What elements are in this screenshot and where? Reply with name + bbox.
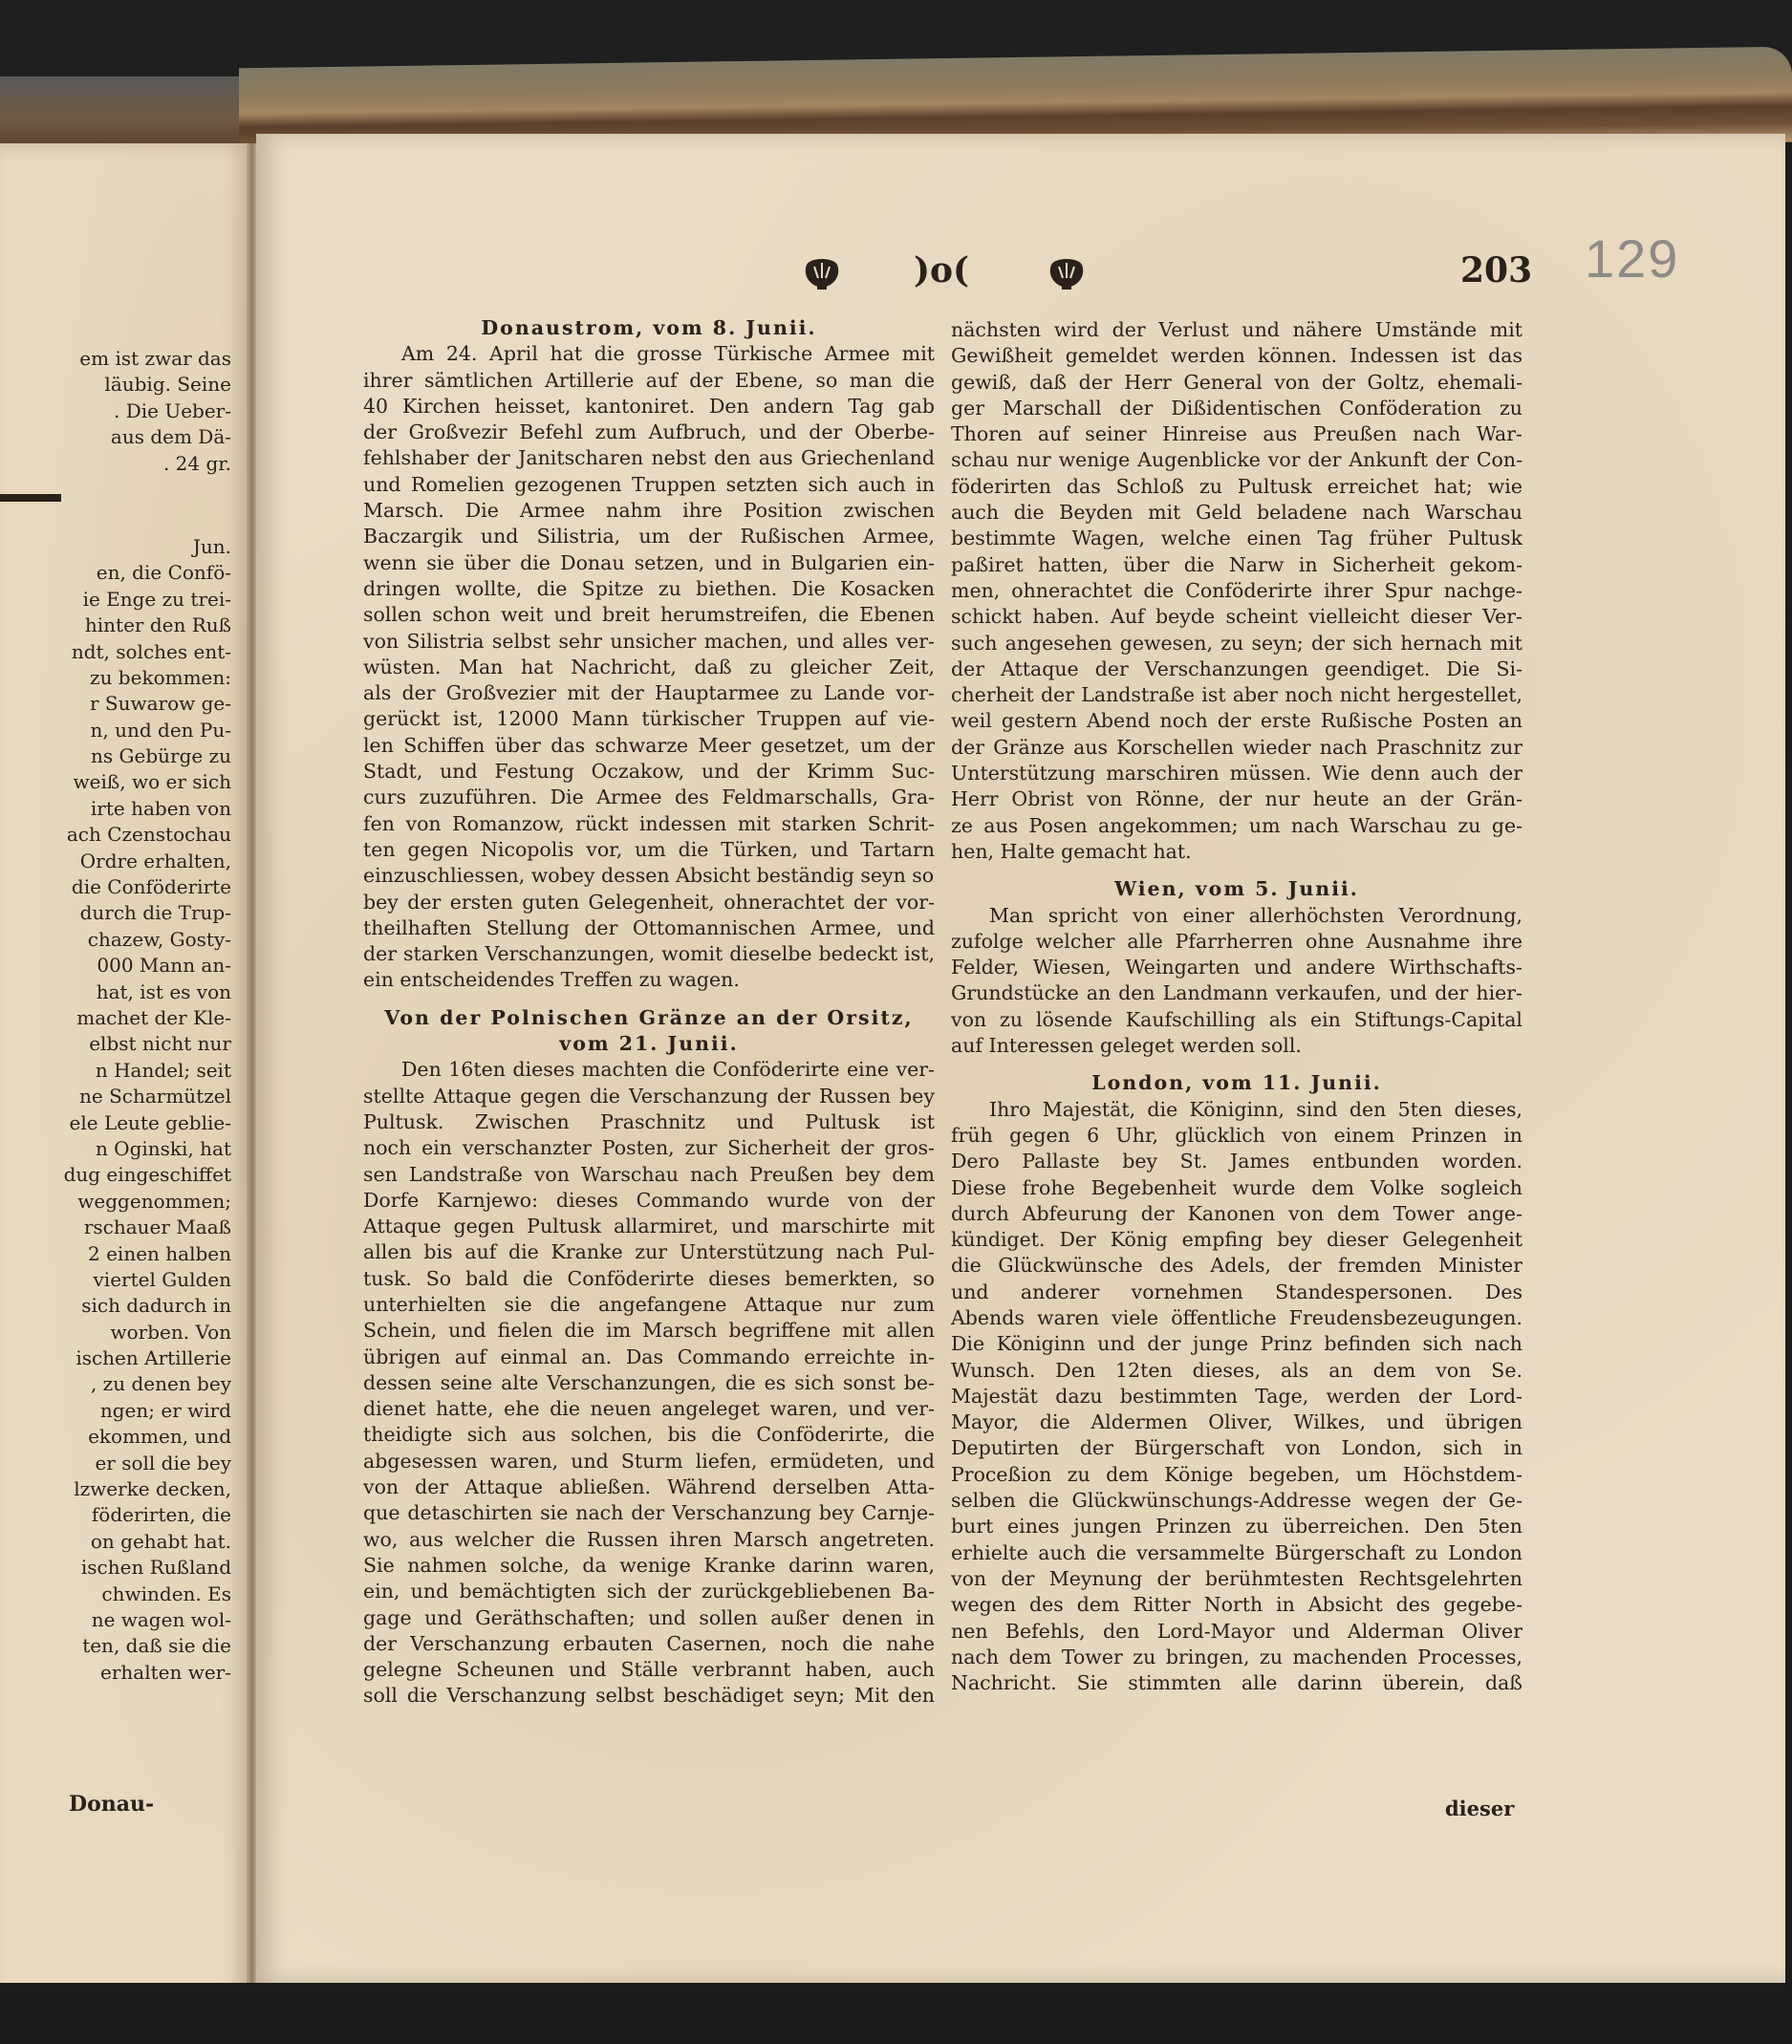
text-line: Gewißheit gemeldet werden können. Indess… bbox=[951, 343, 1522, 369]
text-line: von der Meynung der berühmtesten Rechtsg… bbox=[951, 1566, 1522, 1592]
text-line: früh gegen 6 Uhr, glücklich von einem Pr… bbox=[951, 1123, 1522, 1149]
text-line: ten, daß sie die bbox=[0, 1633, 231, 1659]
article-body-donaustrom: Am 24. April hat die grosse Türkische Ar… bbox=[363, 341, 935, 993]
text-line: auch die Beyden mit Geld beladene nach W… bbox=[951, 500, 1522, 526]
text-line: n Handel; seit bbox=[0, 1058, 231, 1084]
text-line: dug eingeschiffet bbox=[0, 1162, 231, 1188]
text-line: en, die Confö- bbox=[0, 560, 231, 586]
text-line: ihrer sämtlichen Artillerie auf der Eben… bbox=[363, 368, 935, 394]
text-line: burt eines jungen Prinzen zu überreichen… bbox=[951, 1514, 1522, 1539]
text-line: paßiret hatten, über die Narw in Sicherh… bbox=[951, 552, 1522, 578]
text-line: ns Gebürge zu bbox=[0, 743, 231, 769]
text-line: Thoren auf seiner Hinreise aus Preußen n… bbox=[951, 421, 1522, 447]
shell-ornament-icon bbox=[1046, 253, 1088, 291]
text-line: dienet hatte, ehe die neuen angeleget wa… bbox=[363, 1396, 935, 1422]
text-line: dringen wollte, die Spitze zu biethen. D… bbox=[363, 576, 935, 602]
text-line: und Romelien gezogenen Truppen setzten s… bbox=[363, 472, 935, 498]
article-heading-london: London, vom 11. Junii. bbox=[951, 1070, 1522, 1096]
text-line: Nachricht. Sie stimmten alle darinn über… bbox=[951, 1670, 1522, 1696]
text-line: 000 Mann an- bbox=[0, 953, 231, 979]
text-line: wo, aus welcher die Russen ihren Marsch … bbox=[363, 1527, 935, 1553]
archive-pencil-number: 129 bbox=[1585, 227, 1679, 290]
text-line: sich dadurch in bbox=[0, 1293, 231, 1319]
article-heading-date: vom 21. Junii. bbox=[363, 1031, 935, 1057]
text-line: Dorfe Karnjewo: dieses Commando wurde vo… bbox=[363, 1188, 935, 1214]
text-line: wenn sie über die Donau setzen, und in B… bbox=[363, 550, 935, 576]
text-line: ele Leute geblie- bbox=[0, 1110, 231, 1136]
text-line: weiß, wo er sich bbox=[0, 769, 231, 795]
text-line: tusk. So bald die Conföderirte dieses be… bbox=[363, 1266, 935, 1292]
text-line: ten gegen Nicopolis vor, um die Türken, … bbox=[363, 837, 935, 863]
text-line: Grundstücke an den Landmann verkaufen, u… bbox=[951, 980, 1522, 1006]
text-line: irte haben von bbox=[0, 796, 231, 822]
text-line: einzuschliessen, wobey dessen Absicht be… bbox=[363, 863, 935, 889]
text-line: Baczargik und Silistria, um der Rußische… bbox=[363, 524, 935, 549]
text-line: Deputirten der Bürgerschaft von London, … bbox=[951, 1435, 1522, 1461]
text-line: gewiß, daß der Herr General von der Golt… bbox=[951, 370, 1522, 396]
text-line: noch ein verschanzter Posten, zur Sicher… bbox=[363, 1135, 935, 1161]
text-line: erhalten wer- bbox=[0, 1660, 231, 1686]
text-line: von zu lösende Kaufschilling als ein Sti… bbox=[951, 1007, 1522, 1033]
text-line: , zu denen bey bbox=[0, 1371, 231, 1397]
text-line: theidigte sich aus solchen, bis die Conf… bbox=[363, 1422, 935, 1448]
text-line: bestimmte Wagen, welche einen Tag früher… bbox=[951, 526, 1522, 551]
text-line: soll die Verschanzung selbst beschädiget… bbox=[363, 1683, 935, 1709]
article-body-continuation: nächsten wird der Verlust und nähere Ums… bbox=[951, 317, 1522, 865]
text-line: unterhielten sie die angefangene Attaque… bbox=[363, 1292, 935, 1318]
text-line: chazew, Gosty- bbox=[0, 927, 231, 953]
text-line: wegen des dem Ritter North in Absicht de… bbox=[951, 1592, 1522, 1618]
text-line: len Schiffen über das schwarze Meer gese… bbox=[363, 733, 935, 759]
text-line: curs zuzuführen. Die Armee des Feldmarsc… bbox=[363, 785, 935, 810]
text-line: ekommen, und bbox=[0, 1424, 231, 1450]
book-edge-left bbox=[0, 76, 239, 153]
text-line: ne Scharmützel bbox=[0, 1084, 231, 1109]
text-line: fehlshaber der Janitscharen nebst den au… bbox=[363, 445, 935, 471]
text-line: durch Abfeurung der Kanonen von dem Towe… bbox=[951, 1201, 1522, 1227]
text-line: rschauer Maaß bbox=[0, 1215, 231, 1240]
article-body-wien: Man spricht von einer allerhöchsten Vero… bbox=[951, 903, 1522, 1060]
text-line: Abends waren viele öffentliche Freudensb… bbox=[951, 1305, 1522, 1331]
text-line: ne wagen wol- bbox=[0, 1607, 231, 1633]
text-line: zufolge welcher alle Pfarrherren ohne Au… bbox=[951, 929, 1522, 955]
text-line: weil gestern Abend noch der erste Rußisc… bbox=[951, 708, 1522, 734]
text-line: ngen; er wird bbox=[0, 1398, 231, 1424]
text-line: der Großvezir Befehl zum Aufbruch, und d… bbox=[363, 420, 935, 445]
page-number: 203 bbox=[1460, 250, 1532, 290]
text-line: on gehabt hat. bbox=[0, 1529, 231, 1555]
text-line: nen Befehls, den Lord-Mayor und Alderman… bbox=[951, 1619, 1522, 1645]
text-line: viertel Gulden bbox=[0, 1267, 231, 1293]
text-line: der Gränze aus Korschellen wieder nach P… bbox=[951, 735, 1522, 761]
text-line: ger Marschall der Dißidentischen Conföde… bbox=[951, 396, 1522, 421]
text-line: auf Interessen geleget werden soll. bbox=[951, 1033, 1522, 1059]
text-line: Dero Pallaste bey St. James entbunden wo… bbox=[951, 1149, 1522, 1174]
text-line: kündiget. Der König empfing bey dieser G… bbox=[951, 1227, 1522, 1253]
text-line: übrigen auf einmal an. Das Commando erre… bbox=[363, 1345, 935, 1370]
article-heading-wien: Wien, vom 5. Junii. bbox=[951, 876, 1522, 902]
text-line: Marsch. Die Armee nahm ihre Position zwi… bbox=[363, 498, 935, 524]
text-line: ze aus Posen angekommen; um nach Warscha… bbox=[951, 813, 1522, 839]
text-line: cherheit der Landstraße ist aber noch ni… bbox=[951, 682, 1522, 708]
text-line: sen Landstraße von Warschau nach Preußen… bbox=[363, 1162, 935, 1188]
catchword: dieser bbox=[1445, 1797, 1514, 1820]
header-ornament-center: )o( bbox=[914, 250, 969, 290]
text-line: r Suwarow ge- bbox=[0, 691, 231, 717]
text-line: föderirten, die bbox=[0, 1502, 231, 1528]
text-line: que detaschirten sie nach der Verschanzu… bbox=[363, 1500, 935, 1526]
text-line: der Attaque der Verschanzungen geendiget… bbox=[951, 656, 1522, 682]
text-line: der Verschanzung erbauten Casernen, noch… bbox=[363, 1631, 935, 1657]
text-line: die Glückwünsche des Adels, der fremden … bbox=[951, 1253, 1522, 1279]
text-line: ndt, solches ent- bbox=[0, 639, 231, 665]
text-line: stellte Attaque gegen die Verschanzung d… bbox=[363, 1084, 935, 1109]
text-line: 2 einen halben bbox=[0, 1241, 231, 1267]
text-line: läubig. Seine bbox=[0, 372, 231, 398]
text-line: der starken Verschanzungen, womit diesel… bbox=[363, 941, 935, 967]
text-line: ischen Rußland bbox=[0, 1555, 231, 1581]
article-heading-donaustrom: Donaustrom, vom 8. Junii. bbox=[363, 315, 935, 341]
text-line: theilhaften Stellung der Ottomannischen … bbox=[363, 915, 935, 941]
text-line: Man spricht von einer allerhöchsten Vero… bbox=[951, 903, 1522, 929]
article-body-london: Ihro Majestät, die Königinn, sind den 5t… bbox=[951, 1097, 1522, 1697]
text-line: men, ohnerachtet die Conföderirte ihrer … bbox=[951, 578, 1522, 604]
column-left: Donaustrom, vom 8. Junii. Am 24. April h… bbox=[363, 315, 935, 1710]
text-line: Schein, und fielen die im Marsch begriff… bbox=[363, 1318, 935, 1344]
text-line: Attaque gegen Pultusk allarmiret, und ma… bbox=[363, 1214, 935, 1239]
text-line: nach dem Tower zu bringen, zu machenden … bbox=[951, 1645, 1522, 1670]
scan-background-bottom bbox=[0, 1983, 1792, 2044]
section-rule bbox=[0, 494, 61, 502]
text-line: machet der Kle- bbox=[0, 1005, 231, 1031]
text-line: Felder, Wiesen, Weingarten und andere Wi… bbox=[951, 955, 1522, 980]
text-line: von der Attaque abließen. Während dersel… bbox=[363, 1474, 935, 1500]
text-line: n, und den Pu- bbox=[0, 718, 231, 743]
text-line: Herr Obrist von Rönne, der nur heute an … bbox=[951, 786, 1522, 812]
text-line: erhielte auch die versammelte Bürgerscha… bbox=[951, 1540, 1522, 1566]
text-line: allen bis auf die Kranke zur Unterstützu… bbox=[363, 1239, 935, 1265]
text-line: sollen schon weit und breit herumstreife… bbox=[363, 602, 935, 628]
text-line: nächsten wird der Verlust und nähere Ums… bbox=[951, 317, 1522, 343]
text-line: Sie nahmen solche, da wenige Kranke dari… bbox=[363, 1553, 935, 1579]
text-line: Majestät dazu bestimmten Tage, werden de… bbox=[951, 1384, 1522, 1409]
text-line: föderirten das Schloß zu Pultusk erreich… bbox=[951, 474, 1522, 500]
text-line: . Die Ueber- bbox=[0, 398, 231, 424]
article-heading-polnische-graenze: Von der Polnischen Gränze an der Orsitz, bbox=[363, 1005, 935, 1031]
text-line: schau nur wenige Augenblicke vor der Ank… bbox=[951, 447, 1522, 473]
text-line: als der Großvezier mit der Hauptarmee zu… bbox=[363, 680, 935, 706]
text-line: Die Königinn und der junge Prinz befinde… bbox=[951, 1331, 1522, 1357]
text-line: abgesessen waren, und Sturm liefen, ermü… bbox=[363, 1449, 935, 1474]
text-line: Am 24. April hat die grosse Türkische Ar… bbox=[363, 341, 935, 367]
text-line: Stadt, und Festung Oczakow, und der Krim… bbox=[363, 759, 935, 785]
text-line: er soll die bey bbox=[0, 1451, 231, 1476]
text-line: worben. Von bbox=[0, 1320, 231, 1345]
text-line: Diese frohe Begebenheit wurde dem Volke … bbox=[951, 1175, 1522, 1201]
text-line: ein entscheidendes Treffen zu wagen. bbox=[363, 967, 935, 993]
text-line: chwinden. Es bbox=[0, 1581, 231, 1607]
text-line: wüsten. Man hat Nachricht, daß zu gleich… bbox=[363, 655, 935, 680]
text-line: n Oginski, hat bbox=[0, 1136, 231, 1162]
text-line: ie Enge zu trei- bbox=[0, 587, 231, 613]
text-line: ischen Artillerie bbox=[0, 1345, 231, 1371]
text-line: em ist zwar das bbox=[0, 346, 231, 372]
text-line: Mayor, die Aldermen Oliver, Wilkes, und … bbox=[951, 1409, 1522, 1435]
text-line: Wunsch. Den 12ten dieses, als an dem von… bbox=[951, 1358, 1522, 1384]
text-line: zu bekommen: bbox=[0, 665, 231, 691]
text-line: Ihro Majestät, die Königinn, sind den 5t… bbox=[951, 1097, 1522, 1123]
text-line: Jun. bbox=[0, 534, 231, 560]
text-line: fen von Romanzow, rückt indessen mit sta… bbox=[363, 811, 935, 837]
text-line: Unterstützung marschiren müssen. Wie den… bbox=[951, 761, 1522, 786]
shell-ornament-icon bbox=[801, 253, 843, 291]
text-line: 40 Kirchen heisset, kantoniret. Den ande… bbox=[363, 394, 935, 420]
text-line: ach Czenstochau bbox=[0, 822, 231, 848]
text-line: hinter den Ruß bbox=[0, 613, 231, 638]
left-page-text-fragment: em ist zwar dasläubig. Seine. Die Ueber-… bbox=[0, 346, 231, 1686]
article-body-polnische-graenze: Den 16ten dieses machten die Conföderirt… bbox=[363, 1057, 935, 1709]
text-line: Proceßion zu dem Könige begeben, um Höch… bbox=[951, 1462, 1522, 1488]
text-line: von Silistria selbst sehr unsicher mache… bbox=[363, 629, 935, 655]
text-line: lzwerke decken, bbox=[0, 1476, 231, 1502]
text-line: gage und Geräthschaften; und sollen auße… bbox=[363, 1605, 935, 1631]
text-line: . 24 gr. bbox=[0, 451, 231, 477]
text-line: Pultusk. Zwischen Praschnitz und Pultusk… bbox=[363, 1109, 935, 1135]
text-line: weggenommen; bbox=[0, 1189, 231, 1215]
text-line: aus dem Dä- bbox=[0, 424, 231, 450]
text-line: Ordre erhalten, bbox=[0, 849, 231, 874]
text-line: hen, Halte gemacht hat. bbox=[951, 839, 1522, 865]
text-line: elbst nicht nur bbox=[0, 1031, 231, 1057]
text-line: selben die Glückwünschungs-Addresse wege… bbox=[951, 1488, 1522, 1514]
text-line: gelegne Scheunen und Ställe verbrannt ha… bbox=[363, 1657, 935, 1683]
text-line: such angesehen gewesen, zu seyn; der sic… bbox=[951, 631, 1522, 656]
text-line: Den 16ten dieses machten die Conföderirt… bbox=[363, 1057, 935, 1083]
text-line: dessen seine alte Verschanzungen, die es… bbox=[363, 1370, 935, 1396]
text-line: bey der ersten guten Gelegenheit, ohnera… bbox=[363, 890, 935, 915]
text-line: ein, und bemächtigten sich der zurückgeb… bbox=[363, 1579, 935, 1604]
text-line: die Conföderirte bbox=[0, 874, 231, 900]
text-line: durch die Trup- bbox=[0, 900, 231, 926]
column-right: nächsten wird der Verlust und nähere Ums… bbox=[951, 317, 1522, 1696]
text-line: gerückt ist, 12000 Mann türkischer Trupp… bbox=[363, 706, 935, 732]
text-line: und anderer vornehmen Standespersonen. D… bbox=[951, 1280, 1522, 1305]
text-line: hat, ist es von bbox=[0, 979, 231, 1005]
left-catchword: Donau- bbox=[69, 1792, 154, 1817]
text-line: schickt haben. Auf beyde scheint viellei… bbox=[951, 604, 1522, 630]
